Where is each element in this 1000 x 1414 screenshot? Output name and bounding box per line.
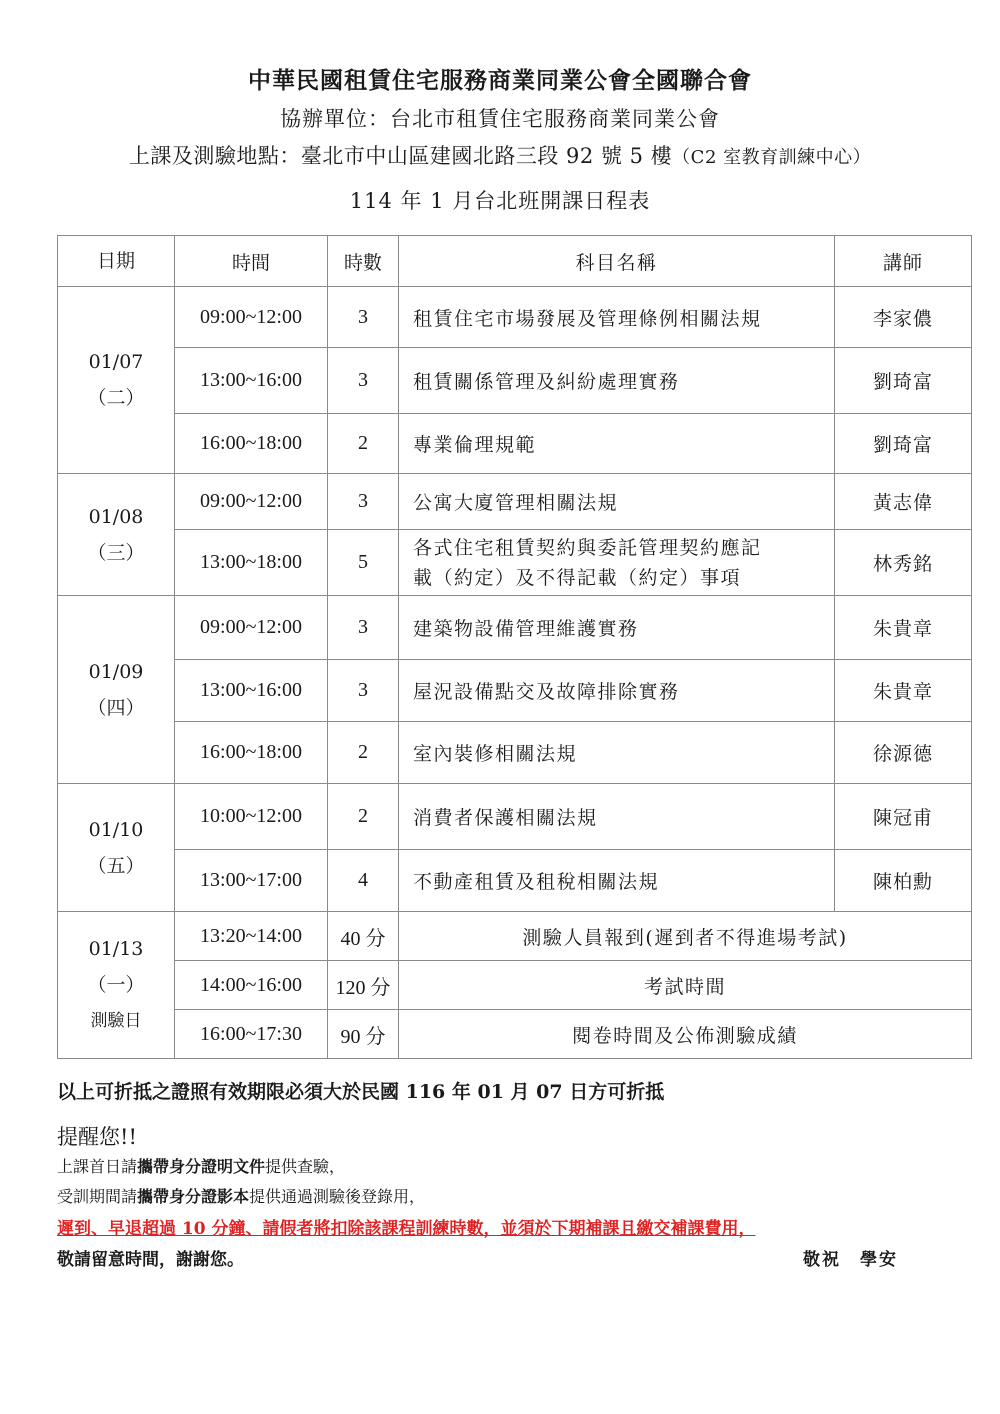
- time-cell: 13:20~14:00: [175, 912, 328, 961]
- reminder-line-id: 上課首日請攜帶身分證明文件提供查驗，: [57, 1154, 345, 1177]
- date-cell: 01/13 （一） 測驗日: [58, 912, 175, 1059]
- instructor-cell: 朱貴章: [835, 596, 972, 660]
- weekday-value: （三）: [58, 535, 174, 571]
- subject-cell: 公寓大廈管理相關法規: [399, 474, 835, 530]
- time-cell: 09:00~12:00: [175, 474, 328, 530]
- time-cell: 16:00~18:00: [175, 722, 328, 784]
- instructor-cell: 林秀銘: [835, 530, 972, 596]
- text: 受訓期間請: [57, 1187, 137, 1206]
- hours-cell: 40 分: [328, 912, 399, 961]
- subject-cell: 屋況設備點交及故障排除實務: [399, 660, 835, 722]
- exam-activity-cell: 測驗人員報到(遲到者不得進場考試): [399, 912, 972, 961]
- text: 提供通過測驗後登錄用，: [249, 1187, 425, 1206]
- hours-cell: 3: [328, 348, 399, 414]
- subject-cell: 不動產租賃及租稅相關法規: [399, 850, 835, 912]
- date-cell: 01/10 （五）: [58, 784, 175, 912]
- time-cell: 10:00~12:00: [175, 784, 328, 850]
- hours-cell: 4: [328, 850, 399, 912]
- time-cell: 13:00~17:00: [175, 850, 328, 912]
- signoff: 敬祝 學安: [803, 1245, 898, 1270]
- instructor-cell: 劉琦富: [835, 348, 972, 414]
- table-row: 13:00~18:00 5 各式住宅租賃契約與委託管理契約應記 載（約定）及不得…: [58, 530, 972, 596]
- date-cell: 01/09 （四）: [58, 596, 175, 784]
- time-cell: 09:00~12:00: [175, 596, 328, 660]
- schedule-table: 日期 時間 時數 科目名稱 講師 01/07 （二） 09:00~12:00 3…: [57, 235, 972, 1059]
- exam-activity-cell: 考試時間: [399, 961, 972, 1010]
- date-value: 01/07: [58, 344, 174, 380]
- subject-line: 各式住宅租賃契約與委託管理契約應記: [413, 533, 834, 563]
- date-value: 01/10: [58, 812, 174, 848]
- hours-cell: 3: [328, 287, 399, 348]
- hours-cell: 2: [328, 784, 399, 850]
- weekday-value: （一）: [58, 967, 174, 1003]
- time-cell: 14:00~16:00: [175, 961, 328, 1010]
- hours-cell: 90 分: [328, 1010, 399, 1059]
- date-cell: 01/08 （三）: [58, 474, 175, 596]
- hours-cell: 3: [328, 596, 399, 660]
- time-cell: 13:00~16:00: [175, 348, 328, 414]
- subject-cell: 建築物設備管理維護實務: [399, 596, 835, 660]
- closing-note: 敬請留意時間，謝謝您。: [57, 1245, 244, 1270]
- table-row: 16:00~18:00 2 專業倫理規範 劉琦富: [58, 414, 972, 474]
- table-row: 13:00~16:00 3 屋況設備點交及故障排除實務 朱貴章: [58, 660, 972, 722]
- instructor-cell: 陳柏勳: [835, 850, 972, 912]
- emphasis-text: 攜帶身分證明文件: [137, 1157, 265, 1176]
- instructor-cell: 徐源德: [835, 722, 972, 784]
- hours-cell: 2: [328, 414, 399, 474]
- subject-cell: 室內裝修相關法規: [399, 722, 835, 784]
- subject-line: 載（約定）及不得記載（約定）事項: [413, 563, 834, 593]
- co-organizer: 協辦單位：台北市租賃住宅服務商業同業公會: [0, 103, 1000, 133]
- date-cell: 01/07 （二）: [58, 287, 175, 474]
- text: 上課首日請: [57, 1157, 137, 1176]
- reminder-title: 提醒您!!: [57, 1121, 137, 1151]
- instructor-cell: 黃志偉: [835, 474, 972, 530]
- instructor-cell: 劉琦富: [835, 414, 972, 474]
- table-row: 01/10 （五） 10:00~12:00 2 消費者保護相關法規 陳冠甫: [58, 784, 972, 850]
- col-header-date: 日期: [58, 236, 175, 287]
- col-header-hours: 時數: [328, 236, 399, 287]
- emphasis-text: 攜帶身分證影本: [137, 1187, 249, 1206]
- instructor-cell: 李家儂: [835, 287, 972, 348]
- instructor-cell: 陳冠甫: [835, 784, 972, 850]
- hours-cell: 2: [328, 722, 399, 784]
- location-address: 上課及測驗地點：臺北市中山區建國北路三段 92 號 5 樓: [129, 144, 672, 168]
- time-cell: 09:00~12:00: [175, 287, 328, 348]
- table-header-row: 日期 時間 時數 科目名稱 講師: [58, 236, 972, 287]
- subject-cell: 專業倫理規範: [399, 414, 835, 474]
- table-row: 01/09 （四） 09:00~12:00 3 建築物設備管理維護實務 朱貴章: [58, 596, 972, 660]
- exam-activity-cell: 閱卷時間及公佈測驗成績: [399, 1010, 972, 1059]
- table-row: 14:00~16:00 120 分 考試時間: [58, 961, 972, 1010]
- attendance-warning: 遲到、早退超過 10 分鐘、請假者將扣除該課程訓練時數，並須於下期補課且繳交補課…: [57, 1214, 756, 1239]
- hours-cell: 3: [328, 474, 399, 530]
- date-value: 01/08: [58, 499, 174, 535]
- schedule-title: 114 年 1 月台北班開課日程表: [0, 185, 1000, 215]
- table-row: 01/13 （一） 測驗日 13:20~14:00 40 分 測驗人員報到(遲到…: [58, 912, 972, 961]
- table-row: 13:00~16:00 3 租賃關係管理及糾紛處理實務 劉琦富: [58, 348, 972, 414]
- location-room: （C2 室教育訓練中心）: [672, 147, 871, 168]
- col-header-instructor: 講師: [835, 236, 972, 287]
- reminder-line-copy: 受訓期間請攜帶身分證影本提供通過測驗後登錄用，: [57, 1184, 425, 1207]
- hours-cell: 5: [328, 530, 399, 596]
- time-cell: 13:00~16:00: [175, 660, 328, 722]
- time-cell: 16:00~17:30: [175, 1010, 328, 1059]
- table-row: 16:00~17:30 90 分 閱卷時間及公佈測驗成績: [58, 1010, 972, 1059]
- table-row: 01/08 （三） 09:00~12:00 3 公寓大廈管理相關法規 黃志偉: [58, 474, 972, 530]
- instructor-cell: 朱貴章: [835, 660, 972, 722]
- hours-cell: 120 分: [328, 961, 399, 1010]
- weekday-value: （二）: [58, 380, 174, 416]
- text: 提供查驗，: [265, 1157, 345, 1176]
- validity-note: 以上可折抵之證照有效期限必須大於民國 116 年 01 月 07 日方可折抵: [57, 1077, 664, 1104]
- col-header-subject: 科目名稱: [399, 236, 835, 287]
- weekday-value: （四）: [58, 690, 174, 726]
- subject-cell: 各式住宅租賃契約與委託管理契約應記 載（約定）及不得記載（約定）事項: [399, 530, 835, 596]
- date-value: 01/13: [58, 931, 174, 967]
- date-value: 01/09: [58, 654, 174, 690]
- time-cell: 16:00~18:00: [175, 414, 328, 474]
- location: 上課及測驗地點：臺北市中山區建國北路三段 92 號 5 樓（C2 室教育訓練中心…: [0, 140, 1000, 170]
- time-cell: 13:00~18:00: [175, 530, 328, 596]
- hours-cell: 3: [328, 660, 399, 722]
- table-row: 13:00~17:00 4 不動產租賃及租稅相關法規 陳柏勳: [58, 850, 972, 912]
- organization-title: 中華民國租賃住宅服務商業同業公會全國聯合會: [0, 62, 1000, 95]
- col-header-time: 時間: [175, 236, 328, 287]
- weekday-value: （五）: [58, 848, 174, 884]
- subject-cell: 租賃關係管理及糾紛處理實務: [399, 348, 835, 414]
- subject-cell: 租賃住宅市場發展及管理條例相關法規: [399, 287, 835, 348]
- table-row: 01/07 （二） 09:00~12:00 3 租賃住宅市場發展及管理條例相關法…: [58, 287, 972, 348]
- table-row: 16:00~18:00 2 室內裝修相關法規 徐源德: [58, 722, 972, 784]
- exam-day-label: 測驗日: [58, 1003, 174, 1039]
- subject-cell: 消費者保護相關法規: [399, 784, 835, 850]
